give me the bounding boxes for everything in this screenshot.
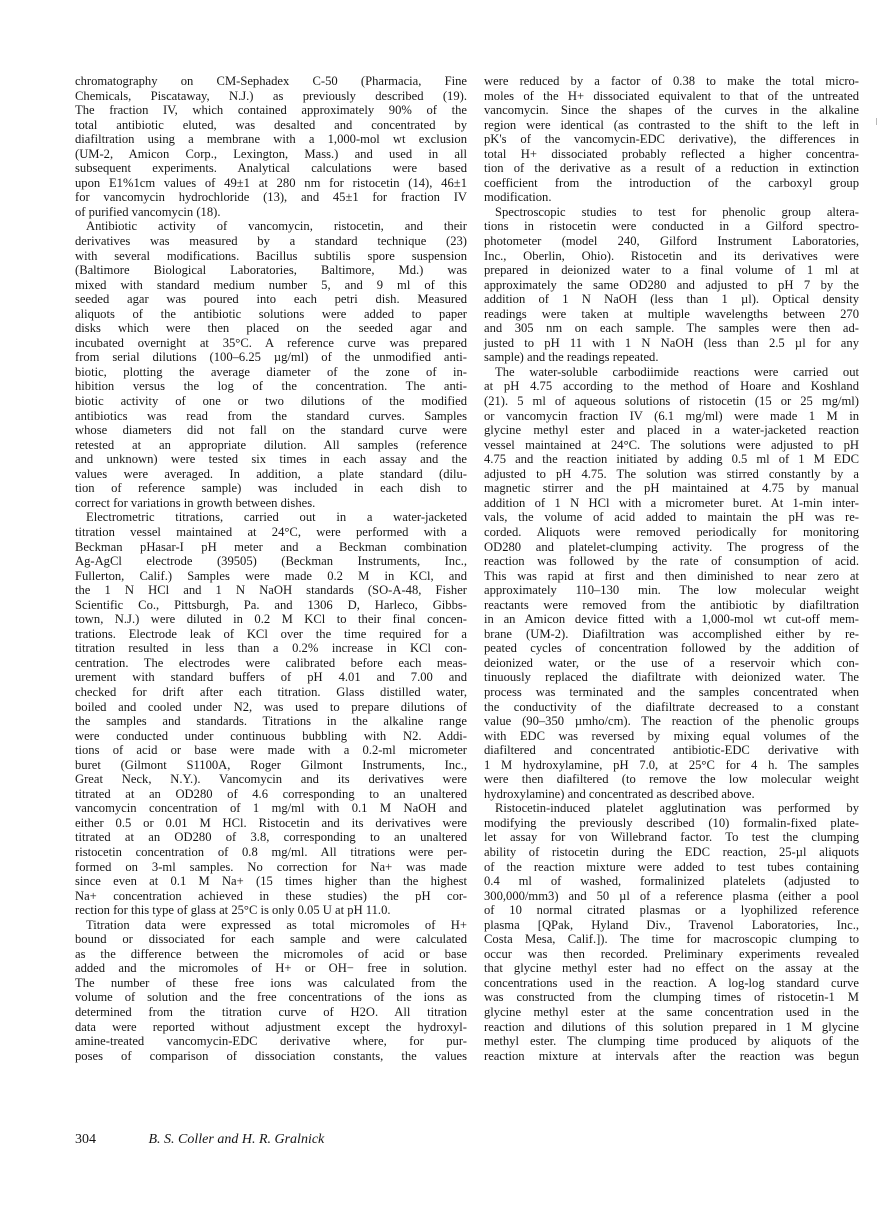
text-line: modification. xyxy=(484,190,859,205)
text-line: reactants were removed from the antibiot… xyxy=(484,598,859,613)
text-line: magnetic stirrer and the pH maintained a… xyxy=(484,481,859,496)
text-line: Electrometric titrations, carried out in… xyxy=(75,510,467,525)
text-line: addition of 1 N NaOH (less than 1 µl). O… xyxy=(484,292,859,307)
text-line: correct for variations in growth between… xyxy=(75,496,467,511)
text-line: aliquots of the antibiotic solutions wer… xyxy=(75,307,467,322)
text-line: since even at 0.1 M Na+ (15 times higher… xyxy=(75,874,467,889)
text-line: values were averaged. In addition, a pla… xyxy=(75,467,467,482)
right-text-column: were reduced by a factor of 0.38 to make… xyxy=(484,74,859,1063)
text-line: ristocetin concentration of 0.8 mg/ml. A… xyxy=(75,845,467,860)
text-line: justed to pH 11 with 1 N NaOH (less than… xyxy=(484,336,859,351)
text-line: as the difference between the micromoles… xyxy=(75,947,467,962)
text-line: The number of these free ions was calcul… xyxy=(75,976,467,991)
text-line: approximately 110–130 min. The low molec… xyxy=(484,583,859,598)
text-line: from serial dilutions (100–6.25 µg/ml) o… xyxy=(75,350,467,365)
text-line: region were identical (as contrasted to … xyxy=(484,118,859,133)
text-line: Na+ concentration achieved in these stud… xyxy=(75,889,467,904)
text-line: The fraction IV, which contained approxi… xyxy=(75,103,467,118)
text-line: town, N.J.) were diluted in 0.2 M KCl to… xyxy=(75,612,467,627)
text-line: with EDC was reversed by mixing equal vo… xyxy=(484,729,859,744)
text-line: readings were taken at multiple waveleng… xyxy=(484,307,859,322)
text-line: tions in ristocetin were conducted in a … xyxy=(484,219,859,234)
text-line: antibiotics was read from the standard c… xyxy=(75,409,467,424)
text-line: methyl ester. The clumping time produced… xyxy=(484,1034,859,1049)
text-line: subsequent experiments. Analytical calcu… xyxy=(75,161,467,176)
text-line: glycine methyl ester and placed in a wat… xyxy=(484,423,859,438)
text-line: whose diameters did not fall on the stan… xyxy=(75,423,467,438)
text-line: with several modifications. Bacillus sub… xyxy=(75,249,467,264)
text-line: data were reported without adjustment ex… xyxy=(75,1020,467,1035)
text-line: vancomycin concentration of 1 mg/ml with… xyxy=(75,801,467,816)
text-line: Ag-AgCl electrode (39505) (Beckman Instr… xyxy=(75,554,467,569)
text-line: value (90–350 µmho/cm). The reaction of … xyxy=(484,714,859,729)
text-line: OD280 and platelet-clumping activity. Th… xyxy=(484,540,859,555)
text-line: titration vessel maintained at 24°C, wer… xyxy=(75,525,467,540)
text-line: amine-treated vancomycin-EDC derivative … xyxy=(75,1034,467,1049)
text-line: Ristocetin-induced platelet agglutinatio… xyxy=(484,801,859,816)
text-line: urement with standard buffers of pH 4.01… xyxy=(75,670,467,685)
text-line: reaction was followed by the rate of con… xyxy=(484,554,859,569)
text-line: peated cycles of concentration followed … xyxy=(484,641,859,656)
text-line: for vancomycin hydrochloride (13), and 4… xyxy=(75,190,467,205)
text-line: the samples and standards. Titrations in… xyxy=(75,714,467,729)
text-line: Fullerton, Calif.) Samples were made 0.2… xyxy=(75,569,467,584)
text-line: chromatography on CM-Sephadex C-50 (Phar… xyxy=(75,74,467,89)
text-line: adjusted to pH 4.75. The solution was st… xyxy=(484,467,859,482)
text-line: were reduced by a factor of 0.38 to make… xyxy=(484,74,859,89)
text-line: 1 M hydroxylamine, pH 7.0, at 25°C for 4… xyxy=(484,758,859,773)
text-line: of 10 normal citrated plasmas or a lyoph… xyxy=(484,903,859,918)
text-line: (UM-2, Amicon Corp., Lexington, Mass.) a… xyxy=(75,147,467,162)
text-line: coefficient from the introduction of the… xyxy=(484,176,859,191)
text-line: upon E1%1cm values of 49±1 at 280 nm for… xyxy=(75,176,467,191)
text-line: at pH 4.75 according to the method of Ho… xyxy=(484,379,859,394)
text-line: vancomycin. Since the shapes of the curv… xyxy=(484,103,859,118)
text-line: mixed with standard medium number 5, and… xyxy=(75,278,467,293)
text-line: were conducted under continuous bubbling… xyxy=(75,729,467,744)
text-line: corded. Aliquots were removed periodical… xyxy=(484,525,859,540)
text-line: titrated at an OD280 of 3.8, correspondi… xyxy=(75,830,467,845)
page-footer: 304 B. S. Coller and H. R. Gralnick xyxy=(75,1132,324,1148)
text-line: was constructed from the clumping times … xyxy=(484,990,859,1005)
text-line: total H+ dissociated probably reflected … xyxy=(484,147,859,162)
text-line: titrated at an OD280 of 4.6 correspondin… xyxy=(75,787,467,802)
text-line: disks which were then placed on the seed… xyxy=(75,321,467,336)
text-line: poses of comparison of dissociation cons… xyxy=(75,1049,467,1064)
text-line: tion of reference sample) was included i… xyxy=(75,481,467,496)
text-line: centration. The electrodes were calibrat… xyxy=(75,656,467,671)
text-line: were then diafiltered (to remove the low… xyxy=(484,772,859,787)
text-line: biotic, plotting the average diameter of… xyxy=(75,365,467,380)
text-line: boiled and cooled under N2, was used to … xyxy=(75,700,467,715)
text-line: added and the micromoles of H+ or OH− fr… xyxy=(75,961,467,976)
text-line: Great Neck, N.Y.). Vancomycin and its de… xyxy=(75,772,467,787)
text-line: pK's of the vancomycin-EDC derivative), … xyxy=(484,132,859,147)
text-line: total antibiotic eluted, was desalted an… xyxy=(75,118,467,133)
text-line: addition of 1 N HCl with a micrometer bu… xyxy=(484,496,859,511)
text-line: (21). 5 ml of aqueous solutions of risto… xyxy=(484,394,859,409)
text-line: diafiltration using a membrane with a 1,… xyxy=(75,132,467,147)
text-line: determined from the titration curve of H… xyxy=(75,1005,467,1020)
text-line: sample) and the readings repeated. xyxy=(484,350,859,365)
text-line: bound or dissociated for each sample and… xyxy=(75,932,467,947)
text-line: formed on 3-ml samples. No correction fo… xyxy=(75,860,467,875)
text-line: vals, the volume of acid added to mainta… xyxy=(484,510,859,525)
text-line: biotic activity of one or two dilutions … xyxy=(75,394,467,409)
text-line: Antibiotic activity of vancomycin, risto… xyxy=(75,219,467,234)
text-line: plasma [QPak, Hyland Div., Travenol Labo… xyxy=(484,918,859,933)
text-line: hydroxylamine) and concentrated as descr… xyxy=(484,787,859,802)
text-line: reaction mixture at intervals after the … xyxy=(484,1049,859,1064)
text-line: tion of the derivative as a result of a … xyxy=(484,161,859,176)
text-line: vessel maintained at 24°C. The solutions… xyxy=(484,438,859,453)
text-line: of purified vancomycin (18). xyxy=(75,205,467,220)
text-line: diafiltered and concentrated antibiotic-… xyxy=(484,743,859,758)
text-line: hibition versus the log of the concentra… xyxy=(75,379,467,394)
text-line: volume of solution and the free concentr… xyxy=(75,990,467,1005)
text-line: reaction and dilutions of this solution … xyxy=(484,1020,859,1035)
text-line: let assay for von Willebrand factor. To … xyxy=(484,830,859,845)
text-line: either 0.5 or 0.01 M HCl. Ristocetin and… xyxy=(75,816,467,831)
text-line: Scientific Co., Pittsburgh, Pa. and 1306… xyxy=(75,598,467,613)
text-line: that glycine methyl ester had no effect … xyxy=(484,961,859,976)
journal-page: chromatography on CM-Sephadex C-50 (Phar… xyxy=(0,0,890,1228)
text-line: retested at an appropriate dilution. All… xyxy=(75,438,467,453)
text-line: or vancomycin fraction IV (6.1 mg/ml) we… xyxy=(484,409,859,424)
text-line: deionized water, or the use of a reservo… xyxy=(484,656,859,671)
text-line: photometer (model 240, Gilford Instrumen… xyxy=(484,234,859,249)
text-line: incubated overnight at 35°C. A reference… xyxy=(75,336,467,351)
text-line: prepared in deionized water to a final v… xyxy=(484,263,859,278)
text-line: of the reaction mixture were added to te… xyxy=(484,860,859,875)
text-line: Chemicals, Piscataway, N.J.) as previous… xyxy=(75,89,467,104)
left-text-column: chromatography on CM-Sephadex C-50 (Phar… xyxy=(75,74,467,1063)
text-line: the conductivity of the diafiltrate decr… xyxy=(484,700,859,715)
text-line: Inc., Oberlin, Ohio). Ristocetin and its… xyxy=(484,249,859,264)
text-line: rection for this type of glass at 25°C i… xyxy=(75,903,467,918)
text-line: Beckman pHasar-I pH meter and a Beckman … xyxy=(75,540,467,555)
running-footer-authors: B. S. Coller and H. R. Gralnick xyxy=(149,1132,325,1147)
text-line: moles of the H+ dissociated equivalent t… xyxy=(484,89,859,104)
text-line: trations. Electrode leak of KCl over the… xyxy=(75,627,467,642)
text-line: approximately the same OD280 and adjuste… xyxy=(484,278,859,293)
text-line: the 1 N HCl and 1 N NaOH standards (SO-A… xyxy=(75,583,467,598)
text-line: Titration data were expressed as total m… xyxy=(75,918,467,933)
text-line: 0.4 ml of washed, formalinized platelets… xyxy=(484,874,859,889)
text-line: process was terminated and the samples c… xyxy=(484,685,859,700)
text-line: derivatives was measured by a standard t… xyxy=(75,234,467,249)
text-line: glycine methyl ester at the same concent… xyxy=(484,1005,859,1020)
scan-artifact-mark xyxy=(876,118,877,125)
text-line: 4.75 and the reaction initiated by addin… xyxy=(484,452,859,467)
page-number: 304 xyxy=(75,1132,145,1148)
text-line: The water-soluble carbodiimide reactions… xyxy=(484,365,859,380)
text-line: Costa Mesa, Calif.]). The time for macro… xyxy=(484,932,859,947)
text-line: occur was then recorded. Preliminary exp… xyxy=(484,947,859,962)
text-line: checked for drift after each titration. … xyxy=(75,685,467,700)
text-line: and 305 nm on each sample. The samples w… xyxy=(484,321,859,336)
text-line: in an Amicon device fitted with a 1,000-… xyxy=(484,612,859,627)
text-line: tinuously replaced the diafiltrate with … xyxy=(484,670,859,685)
text-line: concentrations used in the reaction. A l… xyxy=(484,976,859,991)
text-line: titration resulted in less than a 0.2% i… xyxy=(75,641,467,656)
text-line: This was rapid at first and then diminis… xyxy=(484,569,859,584)
text-line: and unknown) were tested six times in ea… xyxy=(75,452,467,467)
text-line: ability of ristocetin during the EDC rea… xyxy=(484,845,859,860)
text-line: 300,000/mm3) and 50 µl of a reference pl… xyxy=(484,889,859,904)
text-line: tions of acid or base were made with a 0… xyxy=(75,743,467,758)
text-line: seeded agar was poured into each petri d… xyxy=(75,292,467,307)
text-line: brane (UM-2). Diafiltration was accompli… xyxy=(484,627,859,642)
text-line: buret (Gilmont S1100A, Roger Gilmont Ins… xyxy=(75,758,467,773)
text-line: Spectroscopic studies to test for phenol… xyxy=(484,205,859,220)
text-line: (Baltimore Biological Laboratories, Balt… xyxy=(75,263,467,278)
text-line: modifying the previously described (10) … xyxy=(484,816,859,831)
